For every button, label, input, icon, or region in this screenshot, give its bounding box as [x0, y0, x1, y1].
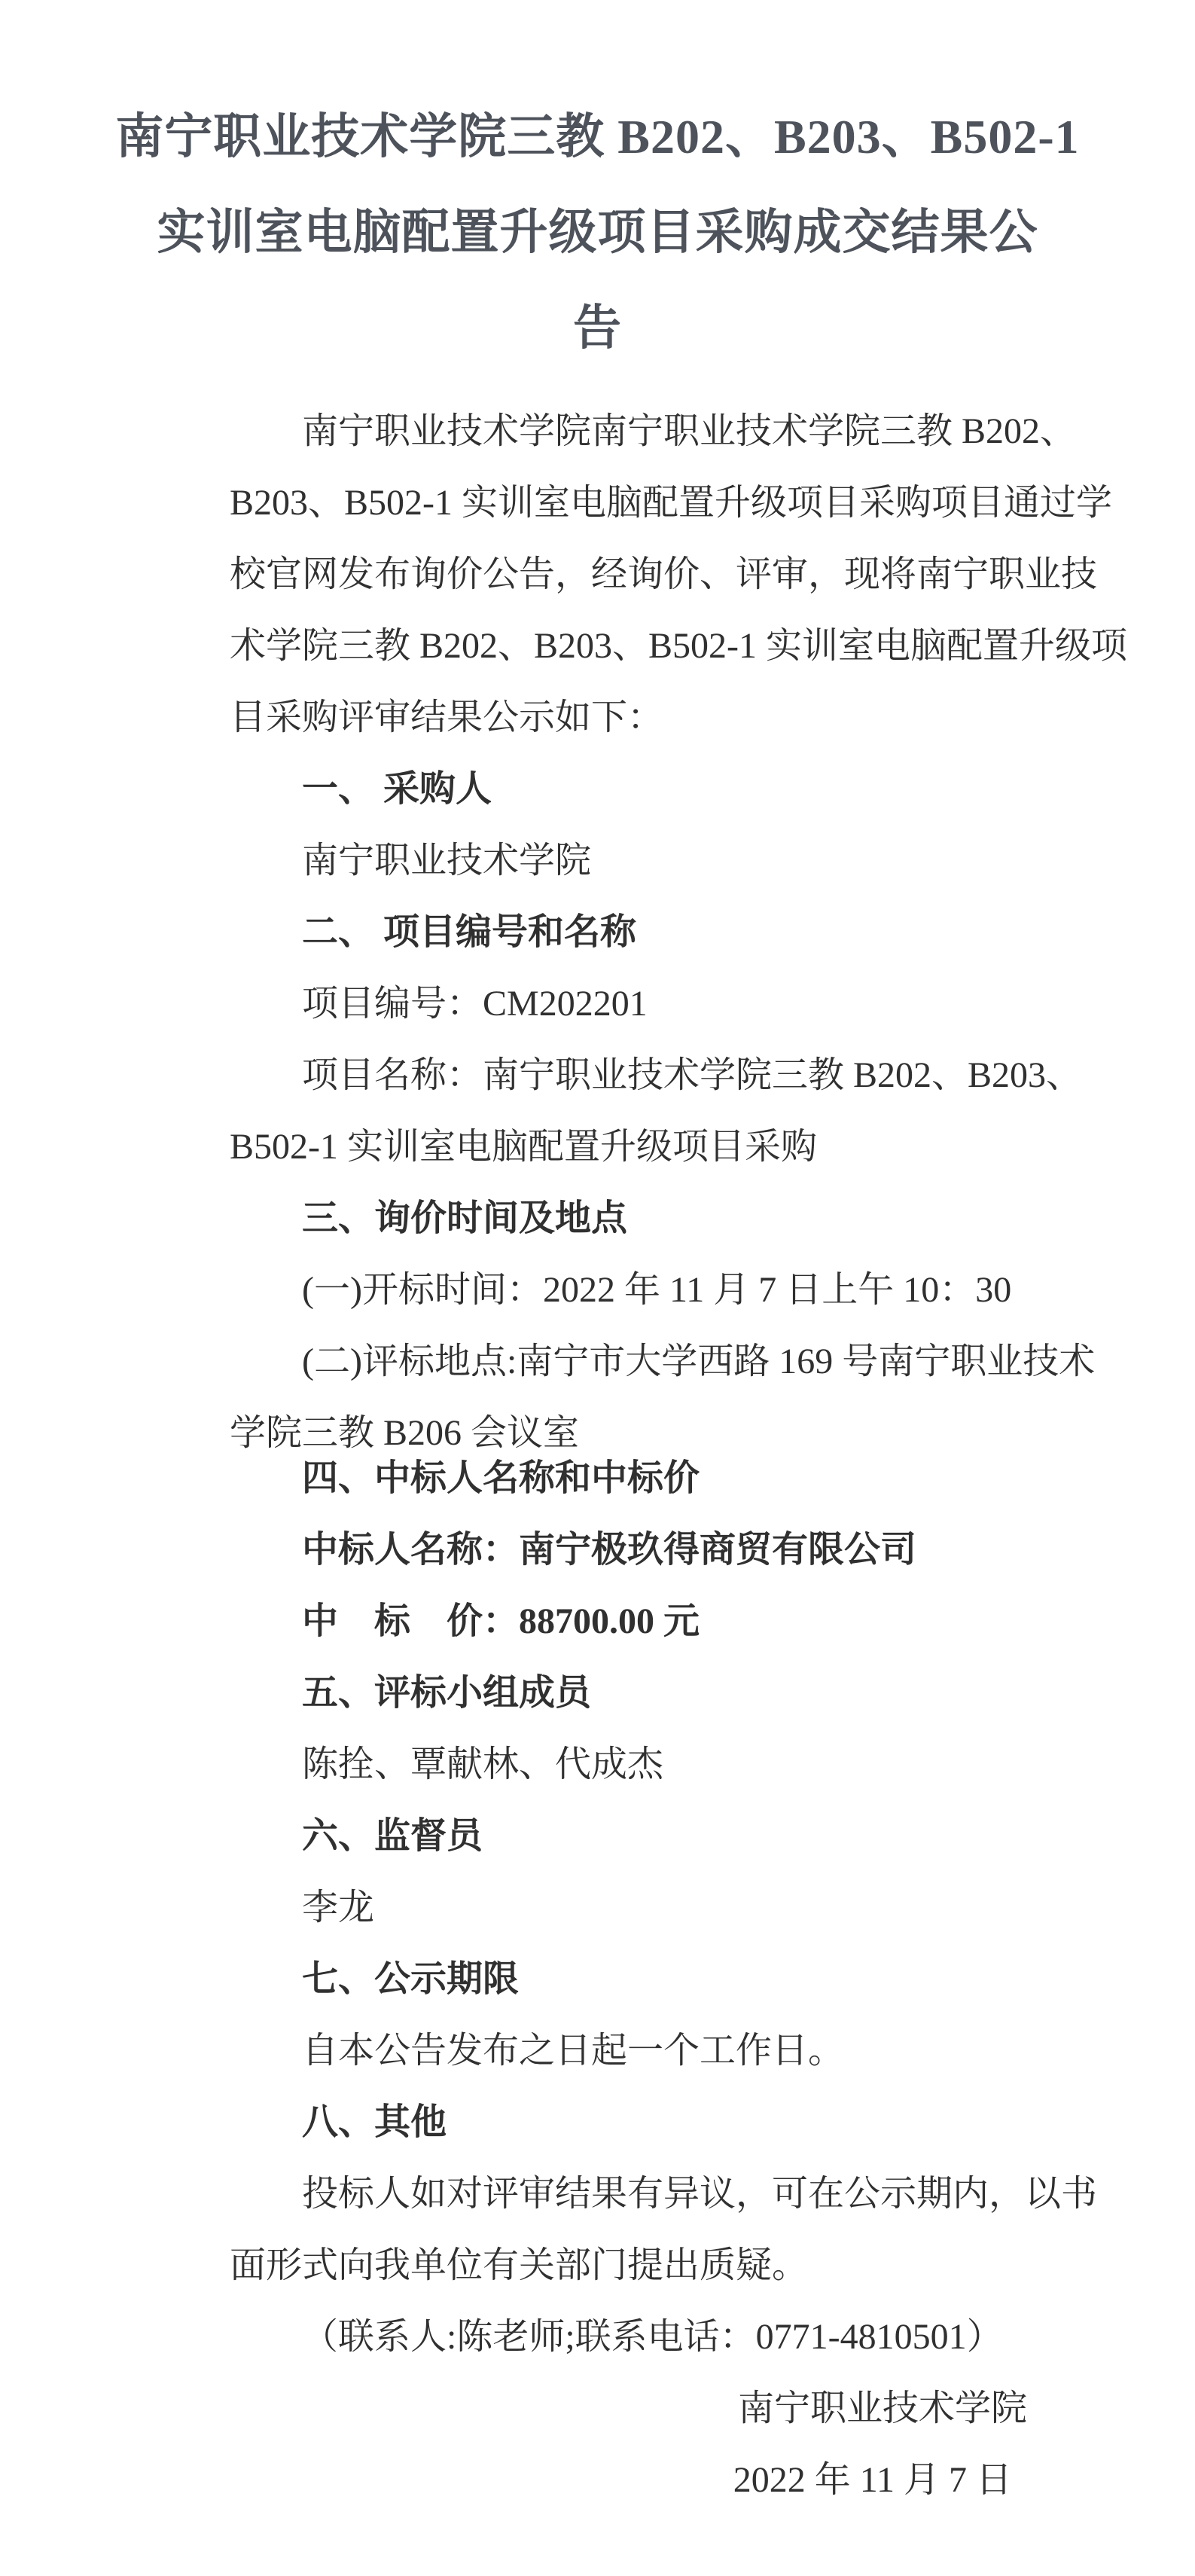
section-5-heading: 五、评标小组成员 — [230, 1657, 1082, 1729]
section-2-heading: 二、 项目编号和名称 — [230, 896, 1082, 968]
section-1-heading: 一、 采购人 — [230, 753, 1082, 825]
winning-price: 中 标 价：88700.00 元 — [230, 1586, 1082, 1657]
intro-line-3: 校官网发布询价公告，经询价、评审，现将南宁职业技 — [230, 539, 1082, 610]
project-number: 项目编号：CM202201 — [230, 968, 1082, 1039]
project-name-line-2: B502-1 实训室电脑配置升级项目采购 — [230, 1111, 1082, 1183]
intro-line-5: 目采购评审结果公示如下： — [230, 682, 1082, 753]
document-title: 南宁职业技术学院三教 B202、B203、B502-1 实训室电脑配置升级项目采… — [113, 89, 1082, 376]
document-content: 南宁职业技术学院三教 B202、B203、B502-1 实训室电脑配置升级项目采… — [0, 0, 1195, 2516]
document-title-line-3: 告 — [113, 280, 1082, 376]
objection-note-line-2: 面形式向我单位有关部门提出质疑。 — [230, 2230, 1082, 2301]
supervisor-name: 李龙 — [230, 1872, 1082, 1943]
evaluation-team-members: 陈拴、覃献林、代成杰 — [230, 1729, 1082, 1800]
publicity-period: 自本公告发布之日起一个工作日。 — [230, 2015, 1082, 2086]
contact-info: （联系人:陈老师;联系电话：0771-4810501） — [230, 2301, 1082, 2373]
purchaser-name: 南宁职业技术学院 — [230, 825, 1082, 896]
winner-name: 中标人名称：南宁极玖得商贸有限公司 — [230, 1514, 1082, 1586]
document-body: 南宁职业技术学院南宁职业技术学院三教 B202、B203、B502-1 实训室电… — [230, 395, 1082, 2516]
section-7-heading: 七、公示期限 — [230, 1943, 1082, 2015]
section-6-heading: 六、监督员 — [230, 1800, 1082, 1872]
document-title-line-2: 实训室电脑配置升级项目采购成交结果公 — [113, 185, 1082, 280]
document-title-line-1: 南宁职业技术学院三教 B202、B203、B502-1 — [113, 89, 1082, 185]
objection-note-line-1: 投标人如对评审结果有异议，可在公示期内，以书 — [230, 2158, 1082, 2230]
section-3-heading: 三、询价时间及地点 — [230, 1183, 1082, 1254]
section-8-heading: 八、其他 — [230, 2086, 1082, 2158]
section-4-heading: 四、中标人名称和中标价 — [230, 1442, 1082, 1514]
issue-date: 2022 年 11 月 7 日 — [230, 2444, 1082, 2516]
bid-opening-time: (一)开标时间：2022 年 11 月 7 日上午 10：30 — [230, 1254, 1082, 1326]
intro-line-4: 术学院三教 B202、B203、B502-1 实训室电脑配置升级项 — [230, 610, 1082, 682]
project-name-line-1: 项目名称：南宁职业技术学院三教 B202、B203、 — [230, 1039, 1082, 1111]
intro-line-1: 南宁职业技术学院南宁职业技术学院三教 B202、 — [230, 395, 1082, 467]
issuer-name: 南宁职业技术学院 — [230, 2373, 1082, 2444]
document-page: 南宁职业技术学院三教 B202、B203、B502-1 实训室电脑配置升级项目采… — [0, 0, 1195, 2576]
evaluation-location-line-1: (二)评标地点:南宁市大学西路 169 号南宁职业技术 — [230, 1326, 1082, 1397]
intro-line-2: B203、B502-1 实训室电脑配置升级项目采购项目通过学 — [230, 467, 1082, 539]
